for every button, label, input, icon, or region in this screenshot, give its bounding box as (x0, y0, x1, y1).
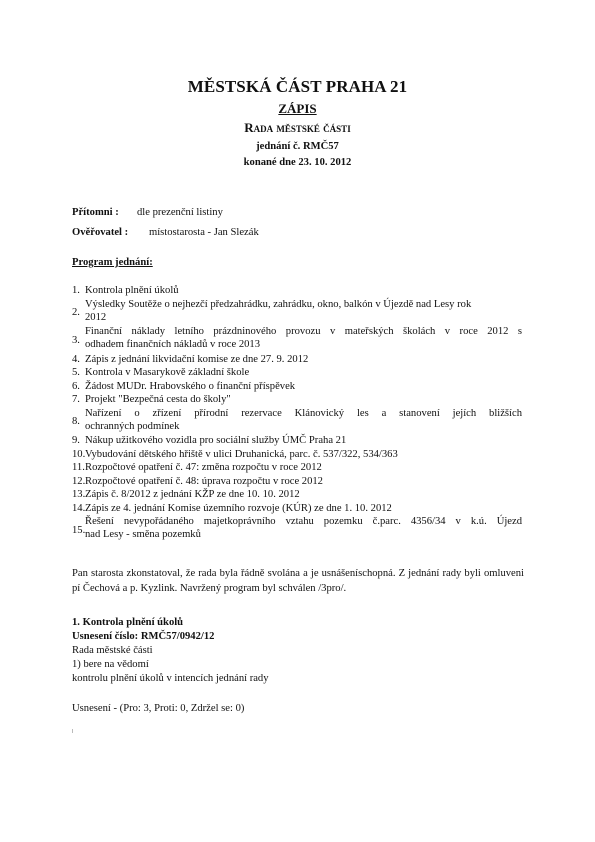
resolution-block: 1. Kontrola plnění úkolů Usnesení číslo:… (72, 616, 269, 686)
program-list: 1.Kontrola plnění úkolů 2.Výsledky Soutě… (72, 284, 522, 543)
stray-mark (72, 729, 73, 733)
verifier-row: Ověřovatel :místostarosta - Jan Slezák (72, 227, 259, 238)
document-title: MĚSTSKÁ ČÁST PRAHA 21 (0, 77, 595, 97)
program-item: 5.Kontrola v Masarykově základní škole (72, 366, 522, 379)
resolution-detail: kontrolu plnění úkolů v intencích jednán… (72, 672, 269, 686)
verifier-value: místostarosta - Jan Slezák (149, 227, 259, 238)
resolution-vote: Usnesení - (Pro: 3, Proti: 0, Zdržel se:… (72, 703, 244, 714)
program-item: 8.Nařízení o zřízení přírodní rezervace … (72, 407, 522, 434)
resolution-body: Rada městské části (72, 644, 269, 658)
program-item: 11.Rozpočtové opatření č. 47: změna rozp… (72, 461, 522, 474)
program-item: 15.Řešení nevypořádaného majetkoprávního… (72, 515, 522, 542)
program-item: 2.Výsledky Soutěže o nejhezčí předzahrád… (72, 298, 522, 325)
intro-paragraph: Pan starosta zkonstatoval, že rada byla … (72, 567, 524, 596)
present-value: dle prezenční listiny (137, 207, 223, 218)
resolution-number: Usnesení číslo: RMČ57/0942/12 (72, 630, 269, 644)
program-item: 7.Projekt "Bezpečná cesta do školy" (72, 393, 522, 406)
document-page: MĚSTSKÁ ČÁST PRAHA 21 ZÁPIS Rada městské… (0, 0, 595, 842)
program-item: 13.Zápis č. 8/2012 z jednání KŽP ze dne … (72, 488, 522, 501)
meeting-number: jednání č. RMČ57 (0, 141, 595, 152)
program-item: 3.Finanční náklady letního prázdninového… (72, 325, 522, 352)
program-item: 1.Kontrola plnění úkolů (72, 284, 522, 297)
present-row: Přítomni :dle prezenční listiny (72, 207, 223, 218)
program-item: 9.Nákup užitkového vozidla pro sociální … (72, 434, 522, 447)
council-name: Rada městské části (0, 120, 595, 136)
program-item: 6.Žádost MUDr. Hrabovského o finanční př… (72, 380, 522, 393)
program-item: 12.Rozpočtové opatření č. 48: úprava roz… (72, 475, 522, 488)
document-type: ZÁPIS (0, 101, 595, 117)
present-label: Přítomni : (72, 207, 137, 218)
meeting-date: konané dne 23. 10. 2012 (0, 157, 595, 168)
program-item: 14.Zápis ze 4. jednání Komise územního r… (72, 502, 522, 515)
program-item: 4.Zápis z jednání likvidační komise ze d… (72, 353, 522, 366)
resolution-point: 1) bere na vědomí (72, 658, 269, 672)
verifier-label: Ověřovatel : (72, 227, 149, 238)
program-title: Program jednání: (72, 257, 153, 268)
resolution-heading: 1. Kontrola plnění úkolů (72, 616, 269, 630)
program-item: 10.Vybudování dětského hřiště v ulici Dr… (72, 448, 522, 461)
